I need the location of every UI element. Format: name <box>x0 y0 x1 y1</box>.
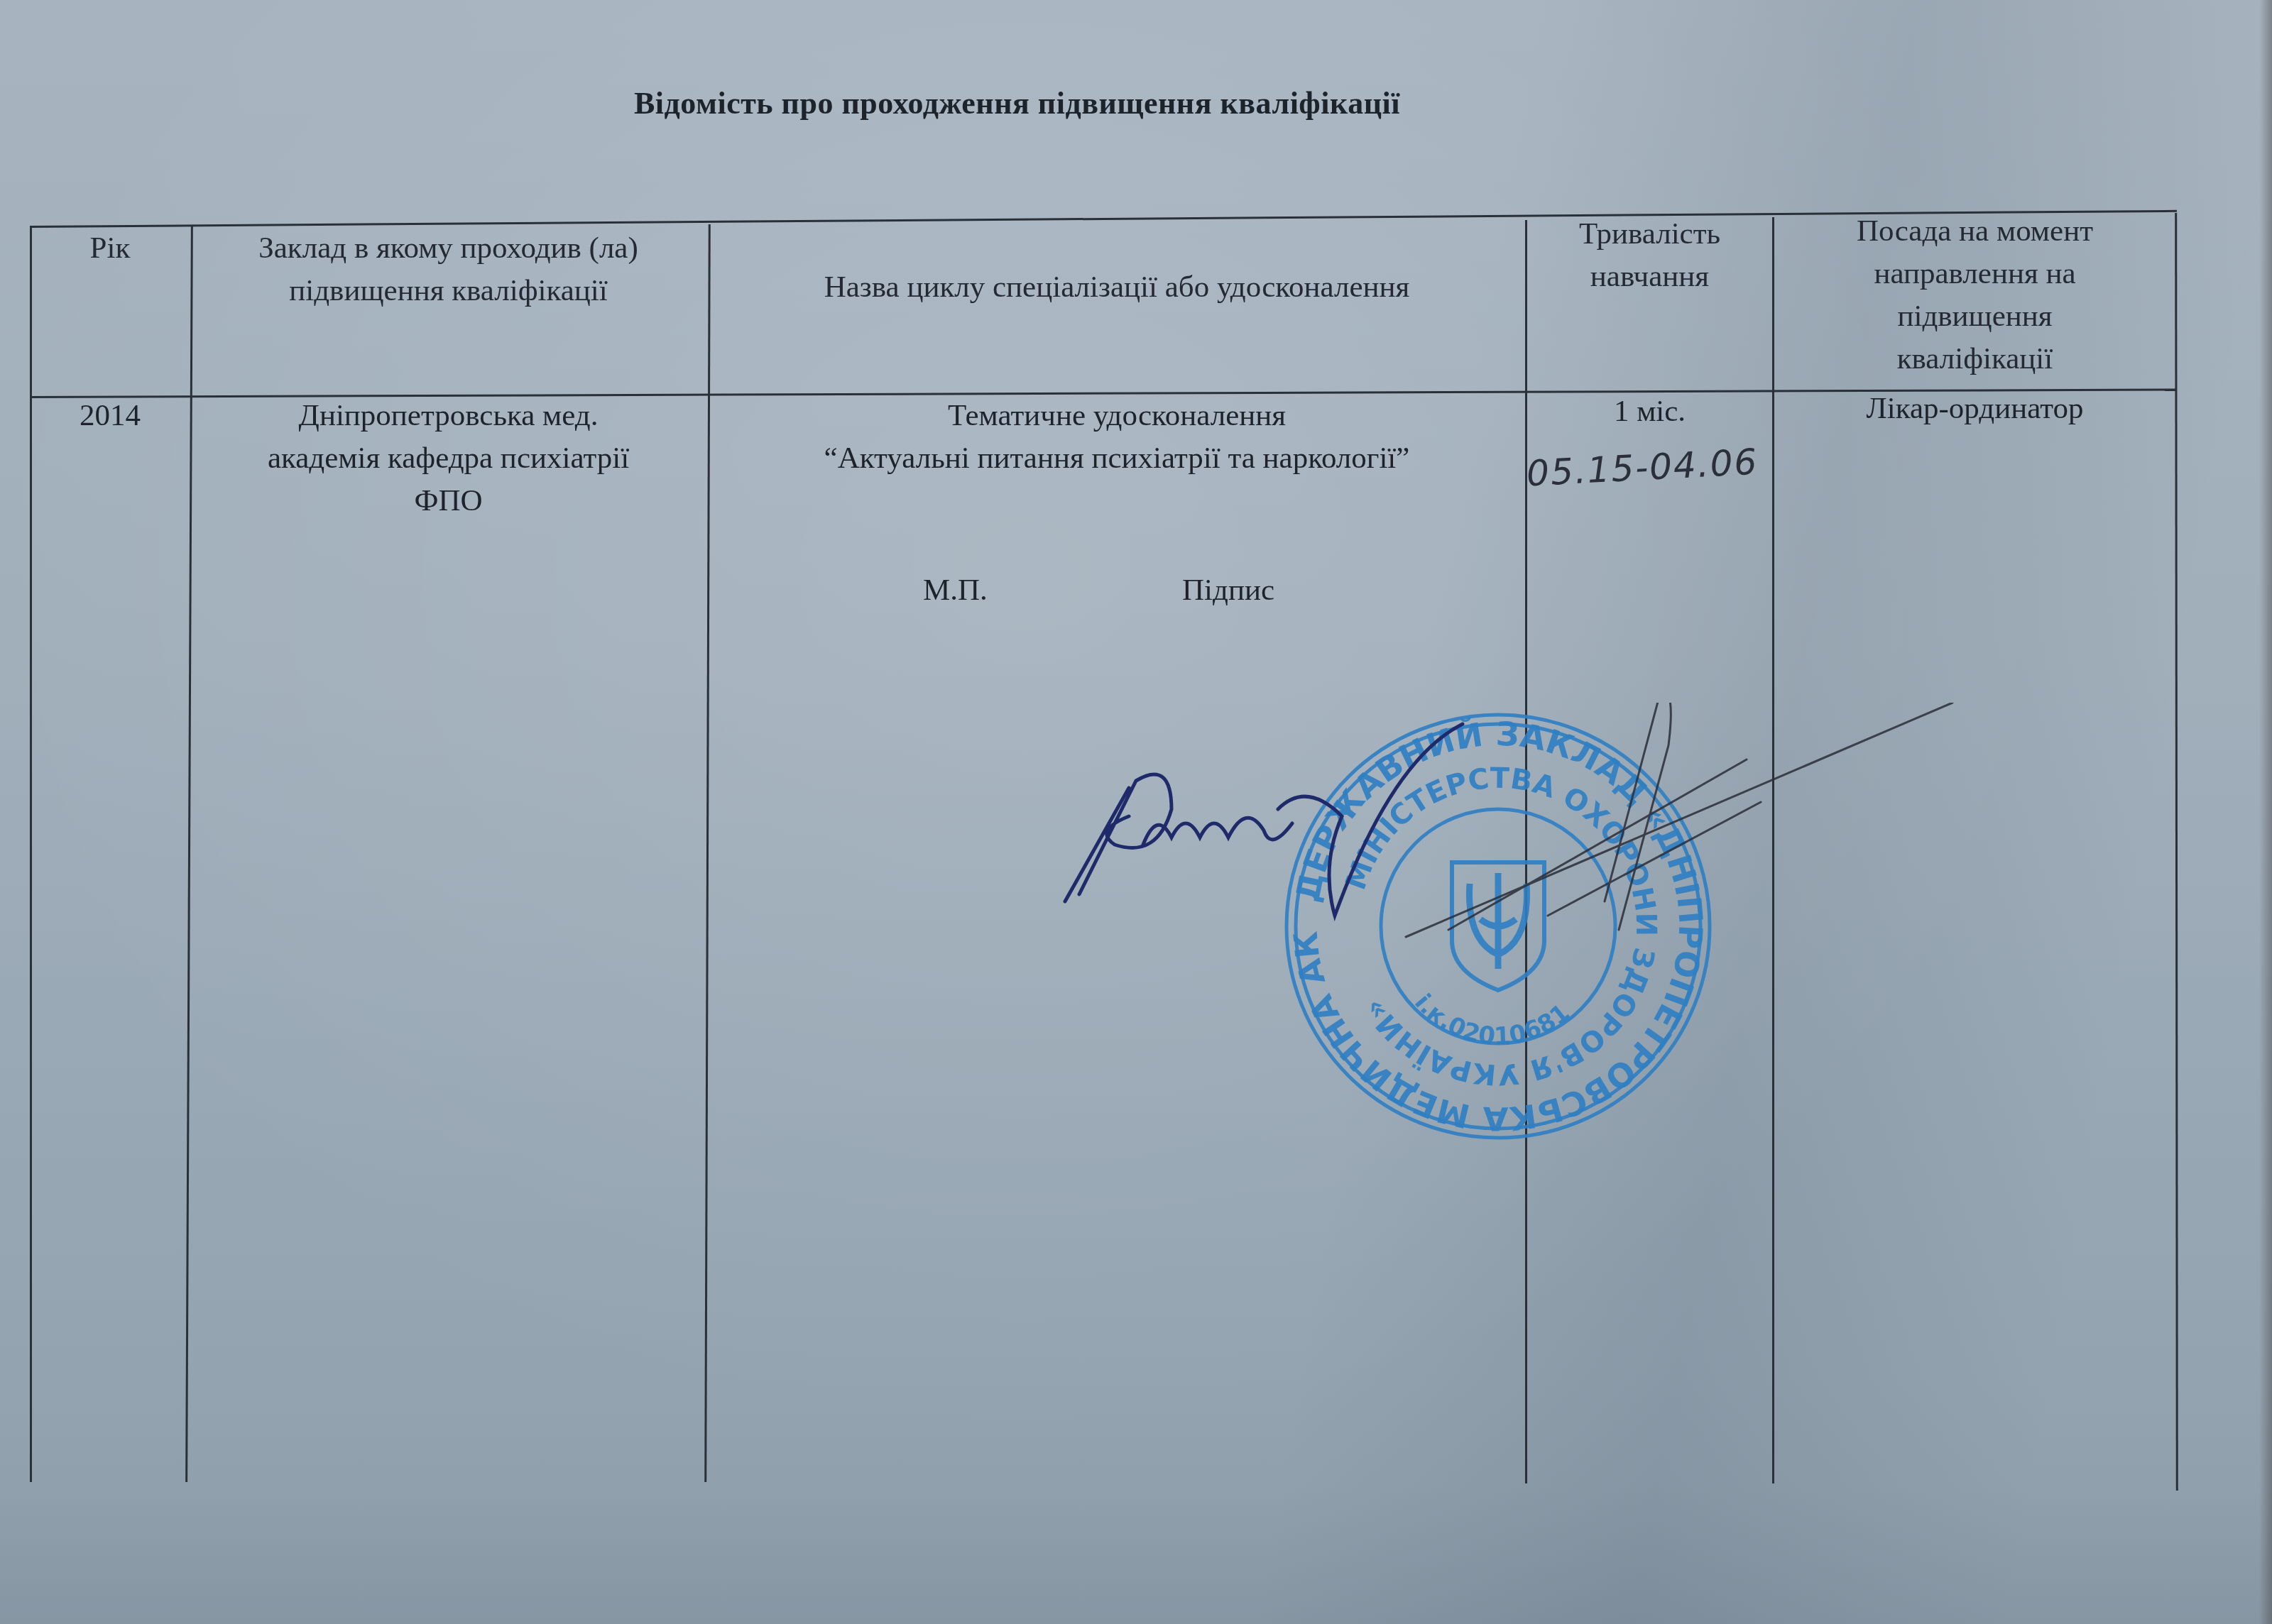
row-year: 2014 <box>32 395 188 437</box>
row-position: Лікар-ординатор <box>1774 388 2175 430</box>
document-title: Відомість про проходження підвищення ква… <box>634 85 1557 121</box>
header-year: Рік <box>32 227 188 270</box>
handwritten-signature <box>1051 703 1974 944</box>
signature-label: Підпис <box>1182 569 1324 612</box>
header-institution: Заклад в якому проходив (ла) підвищення … <box>190 227 706 312</box>
row-duration: 1 міс. <box>1527 390 1772 433</box>
header-cycle-name: Назва циклу спеціалізації або удосконале… <box>709 266 1525 309</box>
header-duration: Тривалість навчання <box>1527 213 1772 298</box>
handwritten-dates: 05.15-04.06 <box>1526 441 1759 495</box>
row-institution: Дніпропетровська мед. академія кафедра п… <box>190 395 706 522</box>
header-position: Посада на момент направлення на підвищен… <box>1774 210 2175 380</box>
paper-bottom-margin <box>0 1487 2272 1624</box>
row-cycle-name: Тематичне удосконалення “Актуальні питан… <box>709 395 1525 480</box>
seal-label: М.П. <box>923 569 1029 612</box>
paper-right-edge-shadow <box>2259 0 2272 1624</box>
